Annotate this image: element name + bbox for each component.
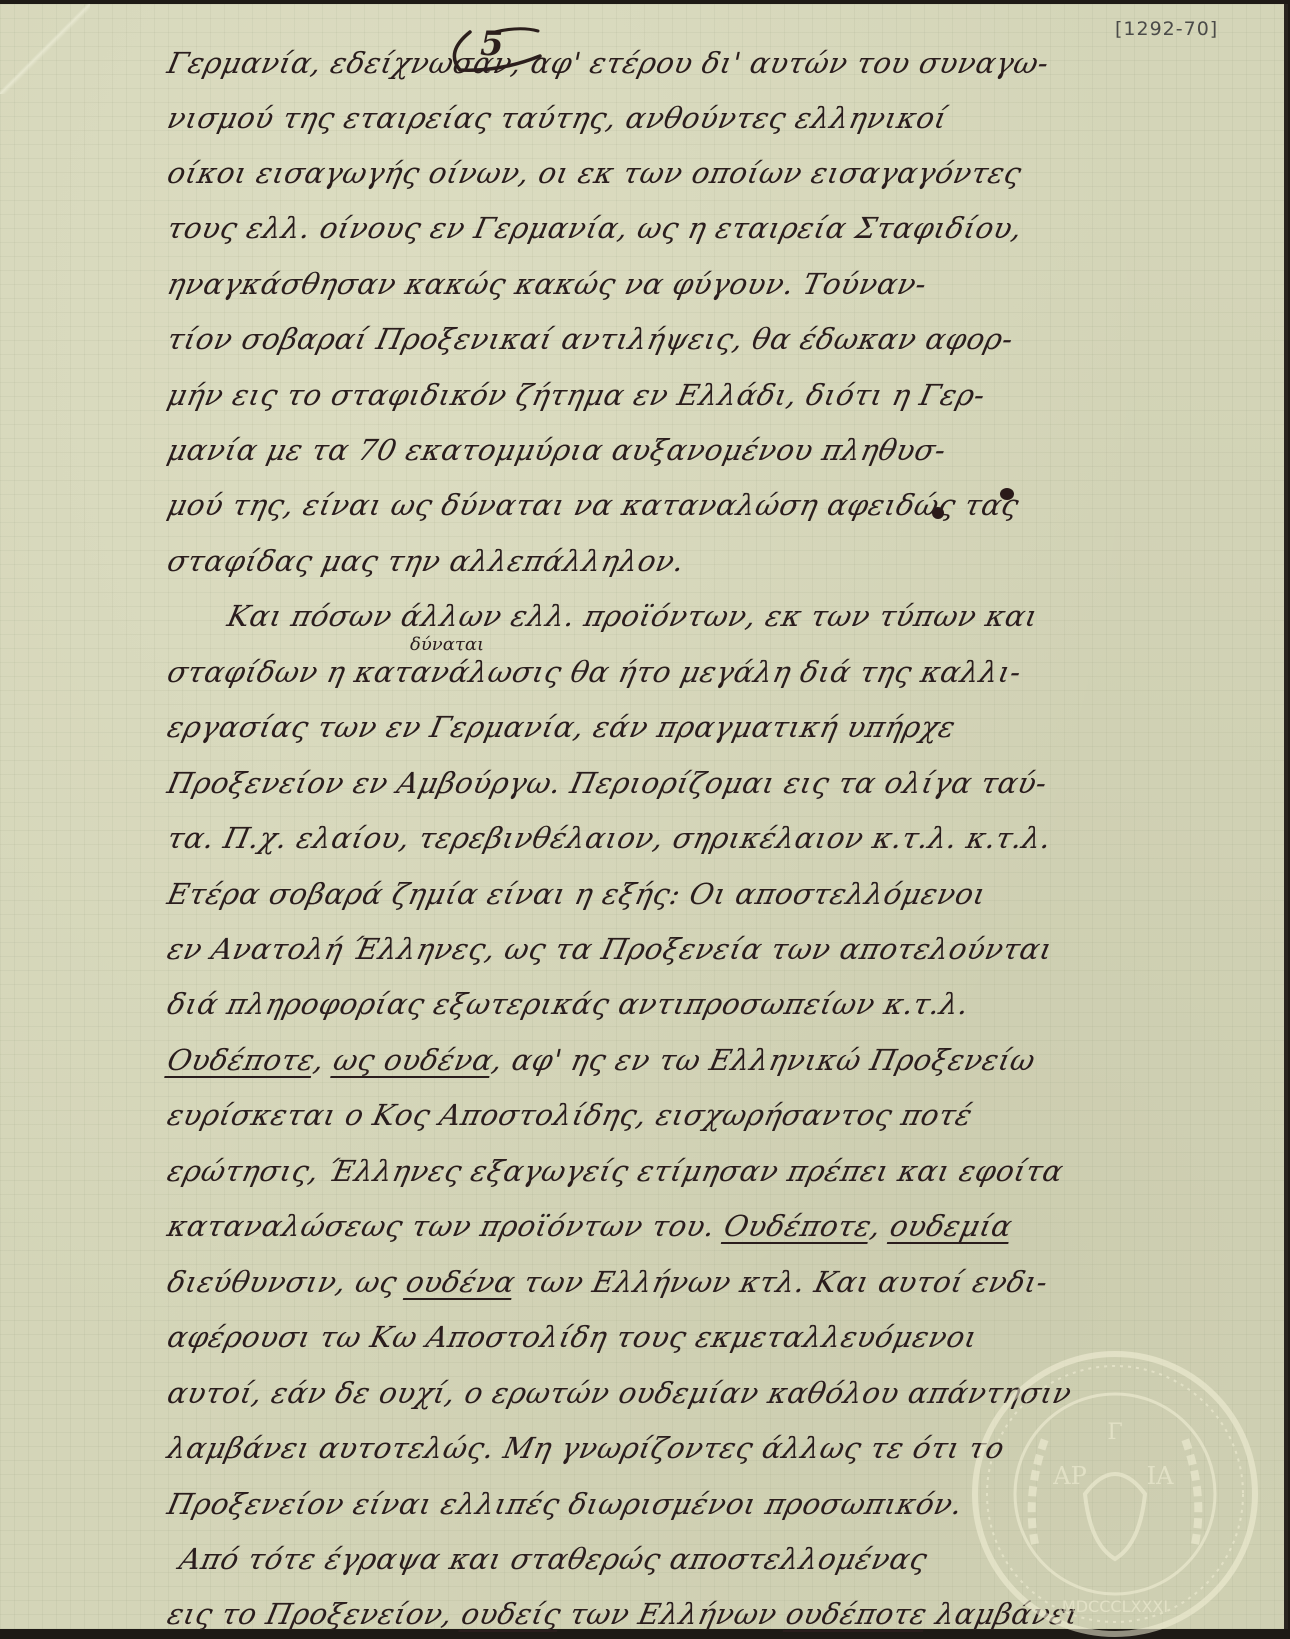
handwritten-line: Και πόσων άλλων ελλ. προϊόντων, εκ των τ… [224, 599, 1041, 633]
handwritten-line: Προξενείον είναι ελλιπές διωρισμένοι προ… [164, 1487, 965, 1521]
handwritten-line: οίκοι εισαγωγής οίνων, οι εκ των οποίων … [164, 156, 1024, 190]
handwritten-line: αυτοί, εάν δε ουχί, ο ερωτών ουδεμίαν κα… [164, 1376, 1074, 1410]
embossed-seal-icon: Γ ΑΡ ΙΑ MDCCCLXXXI [965, 1344, 1265, 1639]
handwritten-line: Γερμανία, εδείχνωσαν, αφ' ετέρου δι' αυτ… [164, 46, 1052, 80]
handwritten-line: Ετέρα σοβαρά ζημία είναι η εξής: Οι αποσ… [164, 877, 989, 911]
svg-text:Γ: Γ [1107, 1420, 1122, 1445]
handwritten-line: τίον σοβαραί Προξενικαί αντιλήψεις, θα έ… [164, 322, 1016, 356]
handwritten-line: σταφίδας μας την αλλεπάλληλον. [164, 544, 687, 578]
handwritten-line: τα. Π.χ. ελαίου, τερεβινθέλαιον, σηρικέλ… [164, 821, 1054, 855]
handwritten-line: καταναλώσεως των προϊόντων του. Ουδέποτε… [164, 1209, 1015, 1243]
handwritten-line: σταφίδων η κατανάλωσις θα ήτο μεγάλη διά… [164, 655, 1024, 689]
handwritten-line: εν Ανατολή Έλληνες, ως τα Προξενεία των … [164, 932, 1055, 966]
handwritten-line: μήν εις το σταφιδικόν ζήτημα εν Ελλάδι, … [164, 378, 988, 412]
handwritten-line: ηναγκάσθησαν κακώς κακώς να φύγουν. Τούν… [164, 267, 929, 301]
handwritten-line: διά πληροφορίας εξωτερικάς αντιπροσωπείω… [164, 987, 972, 1021]
ink-blot [1000, 488, 1014, 500]
handwritten-line: εις το Προξενείον, ουδείς των Ελλήνων ου… [164, 1597, 1081, 1631]
handwritten-line: ευρίσκεται ο Κος Αποστολίδης, εισχωρήσαν… [164, 1098, 975, 1132]
interlinear-insertion: δύναται [410, 634, 484, 655]
handwritten-line: εργασίας των εν Γερμανία, εάν πραγματική… [164, 710, 958, 744]
handwritten-line: Από τότε έγραψα και σταθερώς αποστελλομέ… [176, 1542, 930, 1576]
handwritten-line: μού της, είναι ως δύναται να καταναλώση … [164, 488, 1022, 522]
paper-fold-crease [0, 4, 90, 94]
svg-text:MDCCCLXXXI: MDCCCLXXXI [1062, 1597, 1168, 1616]
archive-reference: [1292-70] [1115, 18, 1218, 40]
handwritten-line: ερώτησις, Έλληνες εξαγωγείς ετίμησαν πρέ… [164, 1154, 1066, 1188]
handwritten-line: Προξενείον εν Αμβούργω. Περιορίζομαι εις… [164, 766, 1050, 800]
handwritten-line: τους ελλ. οίνους εν Γερμανία, ως η εταιρ… [164, 211, 1025, 245]
handwritten-line: αφέρουσι τω Κω Αποστολίδη τους εκμεταλλε… [164, 1320, 980, 1354]
handwritten-line: διεύθυνσιν, ως ουδένα των Ελλήνων κτλ. Κ… [164, 1265, 1051, 1299]
handwritten-line: λαμβάνει αυτοτελώς. Μη γνωρίζοντες άλλως… [164, 1431, 1007, 1465]
svg-text:ΙΑ: ΙΑ [1147, 1462, 1174, 1490]
ink-blot [932, 507, 944, 519]
svg-text:ΑΡ: ΑΡ [1052, 1462, 1086, 1490]
handwritten-line: νισμού της εταιρείας ταύτης, ανθούντες ε… [164, 101, 950, 135]
handwritten-line: μανία με τα 70 εκατομμύρια αυξανομένου π… [164, 433, 949, 467]
document-page: [1292-70] 5 Γερμανία, εδείχνωσαν, αφ' ετ… [0, 4, 1288, 1629]
handwritten-line: Ουδέποτε, ως ουδένα, αφ' ης εν τω Ελληνι… [164, 1043, 1038, 1077]
